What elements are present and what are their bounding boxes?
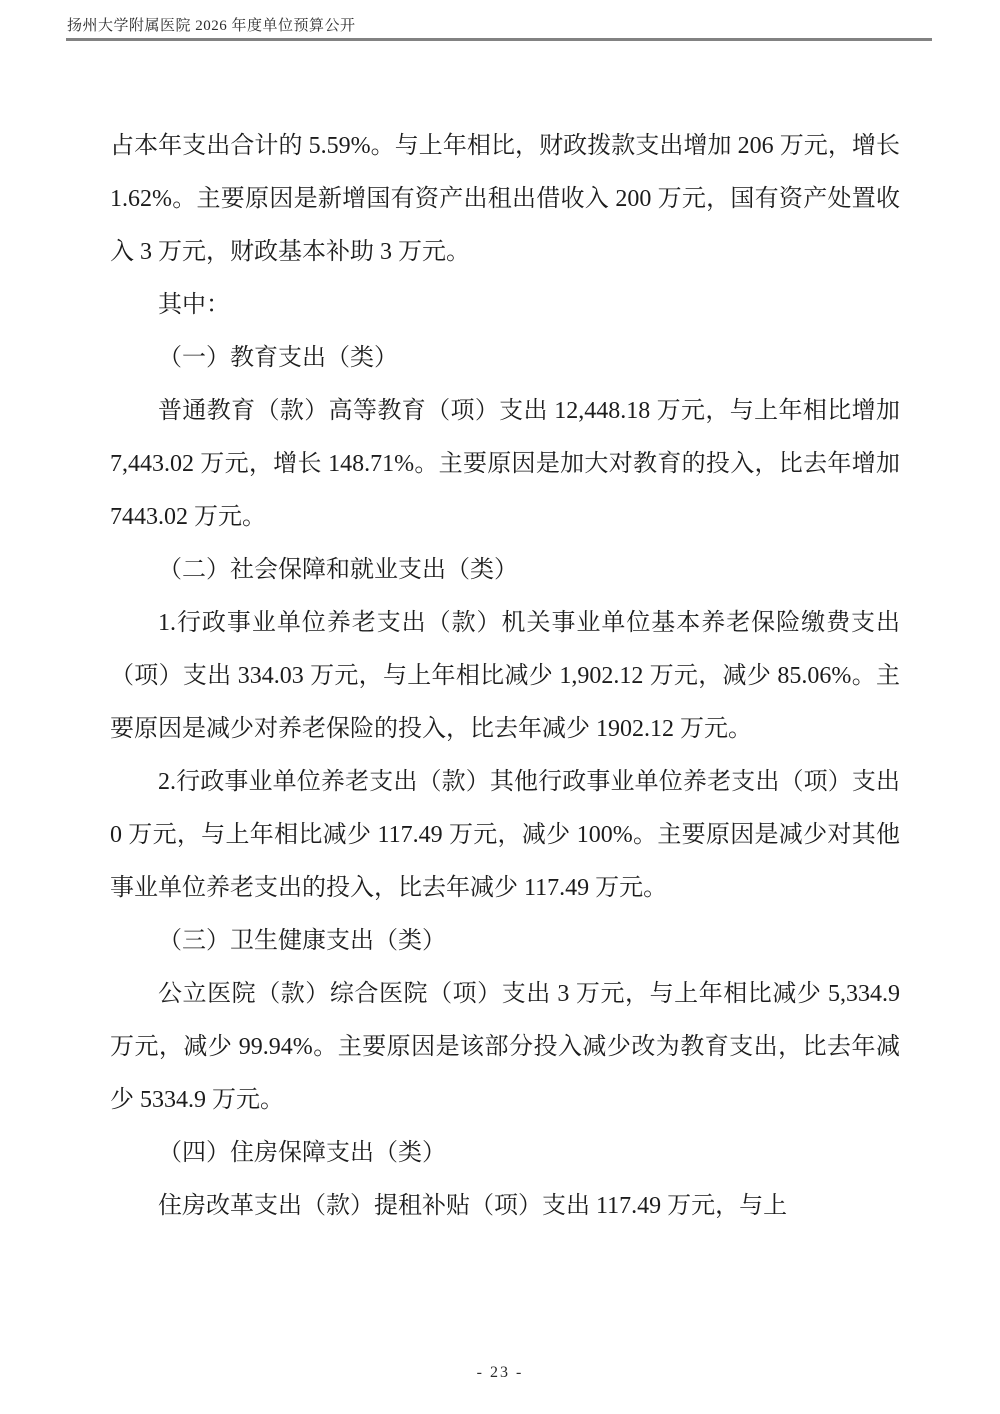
- document-body: 占本年支出合计的 5.59%。与上年相比，财政拨款支出增加 206 万元，增长 …: [110, 120, 900, 1233]
- document-page: 扬州大学附属医院 2026 年度单位预算公开 占本年支出合计的 5.59%。与上…: [0, 0, 1000, 1414]
- page-header-title: 扬州大学附属医院 2026 年度单位预算公开: [67, 17, 356, 35]
- paragraph-continuation: 占本年支出合计的 5.59%。与上年相比，财政拨款支出增加 206 万元，增长 …: [110, 120, 900, 279]
- paragraph-health-detail: 公立医院（款）综合医院（项）支出 3 万元，与上年相比减少 5,334.9 万元…: [110, 968, 900, 1127]
- paragraph-qizhong-label: 其中：: [110, 279, 900, 332]
- section-heading-social-security: （二）社会保障和就业支出（类）: [110, 544, 900, 597]
- page-footer: - 23 -: [0, 1364, 1000, 1382]
- header-divider: [66, 38, 932, 41]
- section-heading-housing: （四）住房保障支出（类）: [110, 1127, 900, 1180]
- section-heading-education: （一）教育支出（类）: [110, 332, 900, 385]
- paragraph-housing-detail: 住房改革支出（款）提租补贴（项）支出 117.49 万元，与上: [110, 1180, 900, 1233]
- page-number: - 23 -: [477, 1364, 524, 1381]
- section-heading-health: （三）卫生健康支出（类）: [110, 915, 900, 968]
- paragraph-pension-item1: 1.行政事业单位养老支出（款）机关事业单位基本养老保险缴费支出（项）支出 334…: [110, 597, 900, 756]
- paragraph-education-detail: 普通教育（款）高等教育（项）支出 12,448.18 万元，与上年相比增加 7,…: [110, 385, 900, 544]
- paragraph-pension-item2: 2.行政事业单位养老支出（款）其他行政事业单位养老支出（项）支出 0 万元，与上…: [110, 756, 900, 915]
